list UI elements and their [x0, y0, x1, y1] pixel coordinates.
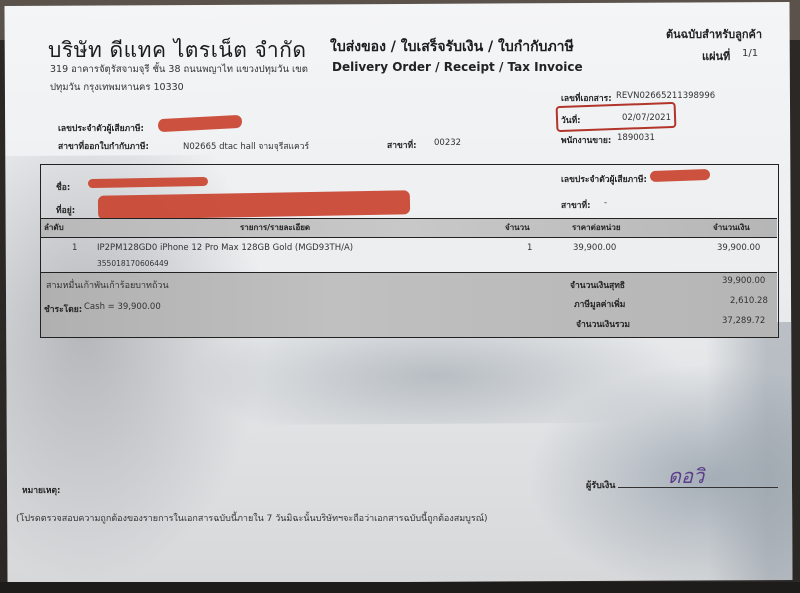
customer-name-label: ชื่อ: — [56, 180, 70, 194]
document-title-thai: ใบส่งของ / ใบเสร็จรับเงิน / ใบกำกับภาษี — [330, 36, 574, 58]
customer-tax-id-label: เลขประจำตัวผู้เสียภาษี: — [561, 172, 647, 186]
column-header-qty: จำนวน — [505, 221, 530, 234]
net-amount-value: 39,900.00 — [722, 276, 765, 286]
row-amount: 39,900.00 — [717, 243, 760, 253]
branch-label: สาขาที่: — [387, 138, 417, 152]
branch-value: 00232 — [434, 138, 461, 148]
payment-label: ชำระโดย: — [44, 302, 82, 316]
total-amount-label: จำนวนเงินรวม — [576, 317, 630, 331]
remark-text: (โปรดตรวจสอบความถูกต้องของรายการในเอกสาร… — [16, 511, 488, 525]
payment-value: Cash = 39,900.00 — [84, 302, 161, 312]
doc-number-label: เลขที่เอกสาร: — [561, 91, 612, 105]
copy-label: ต้นฉบับสำหรับลูกค้า — [666, 25, 762, 43]
background-surface — [0, 582, 800, 593]
date-label: วันที่: — [561, 113, 581, 127]
total-amount-value: 37,289.72 — [722, 316, 765, 326]
redaction-mark — [650, 169, 710, 182]
column-header-unit-price: ราคาต่อหน่วย — [572, 221, 621, 234]
remark-label: หมายเหตุ: — [22, 483, 60, 497]
shadow — [706, 322, 792, 583]
row-no: 1 — [72, 243, 77, 253]
signature: ดอวิ — [668, 460, 704, 492]
doc-number-value: REVN02665211398996 — [616, 91, 715, 101]
customer-branch-value: - — [604, 198, 607, 208]
row-description: IP2PM128GD0 iPhone 12 Pro Max 128GB Gold… — [97, 243, 353, 253]
row-unit-price: 39,900.00 — [573, 243, 616, 253]
column-header-description: รายการ/รายละเอียด — [240, 221, 310, 234]
issuing-branch-label: สาขาที่ออกใบกำกับภาษี: — [58, 139, 149, 153]
document-title-english: Delivery Order / Receipt / Tax Invoice — [332, 60, 583, 74]
column-header-no: ลำดับ — [44, 221, 64, 234]
company-address-line1: 319 อาคารจัตุรัสจามจุรี ชั้น 38 ถนนพญาไท… — [50, 62, 308, 77]
column-header-amount: จำนวนเงิน — [713, 221, 750, 234]
row-qty: 1 — [527, 243, 532, 253]
date-value: 02/07/2021 — [622, 113, 671, 123]
customer-branch-label: สาขาที่: — [561, 198, 591, 212]
customer-address-label: ที่อยู่: — [56, 203, 75, 217]
seller-tax-id-label: เลขประจำตัวผู้เสียภาษี: — [58, 121, 144, 135]
vat-label: ภาษีมูลค่าเพิ่ม — [574, 297, 625, 311]
salesperson-value: 1890031 — [617, 133, 655, 143]
table-header — [41, 218, 777, 238]
row-serial: 355018170606449 — [97, 259, 169, 268]
receiver-label: ผู้รับเงิน — [586, 478, 615, 492]
salesperson-label: พนักงานขาย: — [561, 133, 611, 147]
net-amount-label: จำนวนเงินสุทธิ — [570, 278, 625, 292]
vat-value: 2,610.28 — [730, 296, 768, 306]
company-address-line2: ปทุมวัน กรุงเทพมหานคร 10330 — [50, 80, 184, 95]
amount-in-words: สามหมื่นเก้าพันเก้าร้อยบาทถ้วน — [46, 278, 169, 292]
sheet-label: แผ่นที่ — [702, 47, 730, 65]
issuing-branch-value: N02665 dtac hall จามจุรีสแควร์ — [183, 139, 309, 153]
sheet-value: 1/1 — [742, 48, 758, 59]
